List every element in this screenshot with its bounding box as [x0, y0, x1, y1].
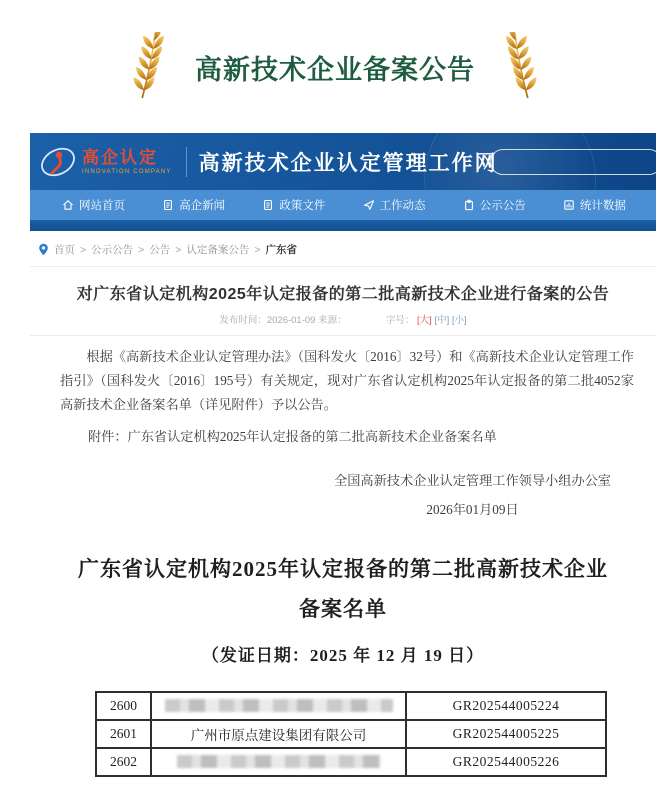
article-title: 对广东省认定机构2025年认定报备的第二批高新技术企业进行备案的公告 — [30, 281, 656, 304]
fontsize-small-button[interactable]: [小] — [452, 315, 467, 326]
article: 对广东省认定机构2025年认定报备的第二批高新技术企业进行备案的公告 发布时间：… — [30, 281, 656, 777]
nav-label: 统计数据 — [580, 197, 626, 213]
row-number-cell: 2602 — [96, 748, 151, 776]
location-pin-icon — [38, 243, 49, 256]
breadcrumb-item-notice[interactable]: 公告 — [149, 242, 170, 257]
signature-block: 全国高新技术企业认定管理工作领导小组办公室 2026年01月09日 — [30, 466, 656, 524]
logo-divider — [186, 147, 187, 177]
nav-item-policy[interactable]: 政策文件 — [262, 197, 325, 213]
breadcrumb-item-announcements[interactable]: 公示公告 — [91, 242, 133, 257]
website-frame: 高企认定 INNOVATION COMPANY 高新技术企业认定管理工作网 网站… — [30, 133, 656, 231]
breadcrumb-separator: > — [80, 244, 86, 256]
certificate-table: 2600 GR202544005224 2601 广州市原点建设集团有限公司 G… — [95, 691, 607, 777]
certificate-number-cell: GR202544005226 — [406, 748, 606, 776]
nav-item-updates[interactable]: 工作动态 — [363, 197, 426, 213]
nav-label: 公示公告 — [480, 197, 526, 213]
article-paragraph: 根据《高新技术企业认定管理办法》（国科发火〔2016〕32号）和《高新技术企业认… — [30, 345, 656, 417]
nav-label: 网站首页 — [79, 197, 125, 213]
row-number-cell: 2600 — [96, 692, 151, 720]
main-nav: 网站首页 高企新闻 政策文件 工作动态 — [30, 190, 656, 220]
breadcrumb-separator: > — [175, 244, 181, 256]
divider — [30, 266, 656, 267]
logo-cn-label: 高企认定 — [82, 149, 172, 166]
company-name-cell — [151, 692, 406, 720]
signature-office: 全国高新技术企业认定管理工作领导小组办公室 — [334, 466, 611, 495]
nav-item-announcements[interactable]: 公示公告 — [463, 197, 526, 213]
news-doc-icon — [162, 199, 174, 211]
fontsize-label: 字号： — [386, 315, 415, 326]
fontsize-medium-button[interactable]: [中] — [434, 315, 449, 326]
announcement-banner: 高新技术企业备案公告 — [0, 28, 670, 106]
policy-doc-icon — [262, 199, 274, 211]
site-title: 高新技术企业认定管理工作网 — [199, 147, 498, 177]
nav-label: 政策文件 — [279, 197, 325, 213]
certificate-number-cell: GR202544005224 — [406, 692, 606, 720]
site-logo-icon[interactable] — [38, 142, 78, 182]
nav-item-news[interactable]: 高企新闻 — [162, 197, 225, 213]
attachment-line[interactable]: 附件：广东省认定机构2025年认定报备的第二批高新技术企业备案名单 — [30, 426, 656, 445]
home-icon — [62, 199, 74, 211]
list-title-line2: 备案名单 — [30, 590, 656, 630]
nav-label: 工作动态 — [380, 197, 426, 213]
signature-date: 2026年01月09日 — [334, 495, 611, 524]
breadcrumb-item-guangdong[interactable]: 广东省 — [266, 242, 298, 257]
publish-time-value: 2026-01-09 — [267, 315, 316, 326]
fontsize-large-button[interactable]: [大] — [417, 315, 432, 326]
wheat-left-icon — [131, 32, 169, 102]
wheat-right-icon — [501, 32, 539, 102]
nav-bottom-strip — [30, 220, 656, 231]
company-name-cell — [151, 748, 406, 776]
search-input[interactable] — [491, 156, 651, 168]
issue-date-line: （发证日期：2025 年 12 月 19 日） — [30, 641, 656, 666]
nav-item-statistics[interactable]: 统计数据 — [563, 197, 626, 213]
publish-time-label: 发布时间： — [219, 315, 267, 326]
clipboard-icon — [463, 199, 475, 211]
breadcrumb-separator: > — [254, 244, 260, 256]
company-name-cell: 广州市原点建设集团有限公司 — [151, 720, 406, 748]
site-logo-text[interactable]: 高企认定 INNOVATION COMPANY — [82, 149, 172, 175]
search-box[interactable] — [490, 149, 656, 175]
table-row: 2600 GR202544005224 — [96, 692, 606, 720]
logo-en-label: INNOVATION COMPANY — [82, 169, 172, 175]
table-row: 2601 广州市原点建设集团有限公司 GR202544005225 — [96, 720, 606, 748]
row-number-cell: 2601 — [96, 720, 151, 748]
paper-plane-icon — [363, 199, 375, 211]
certificate-number-cell: GR202544005225 — [406, 720, 606, 748]
breadcrumb-item-record-notice[interactable]: 认定备案公告 — [186, 242, 249, 257]
breadcrumb-item-home[interactable]: 首页 — [54, 242, 75, 257]
redacted-company-name — [165, 699, 393, 712]
divider — [30, 335, 656, 336]
breadcrumb: 首页 > 公示公告 > 公告 > 认定备案公告 > 广东省 — [38, 242, 640, 257]
banner-title: 高新技术企业备案公告 — [195, 48, 475, 87]
nav-item-home[interactable]: 网站首页 — [62, 197, 125, 213]
breadcrumb-separator: > — [138, 244, 144, 256]
site-header: 高企认定 INNOVATION COMPANY 高新技术企业认定管理工作网 — [30, 133, 656, 190]
list-title-line1: 广东省认定机构2025年认定报备的第二批高新技术企业 — [30, 550, 656, 590]
list-title: 广东省认定机构2025年认定报备的第二批高新技术企业 备案名单 — [30, 550, 656, 630]
bar-chart-icon — [563, 199, 575, 211]
table-row: 2602 GR202544005226 — [96, 748, 606, 776]
article-meta: 发布时间：2026-01-09 来源： 字号： [大] [中] [小] — [30, 312, 656, 326]
source-label: 来源： — [318, 315, 347, 326]
nav-label: 高企新闻 — [179, 197, 225, 213]
redacted-company-name — [177, 755, 381, 768]
